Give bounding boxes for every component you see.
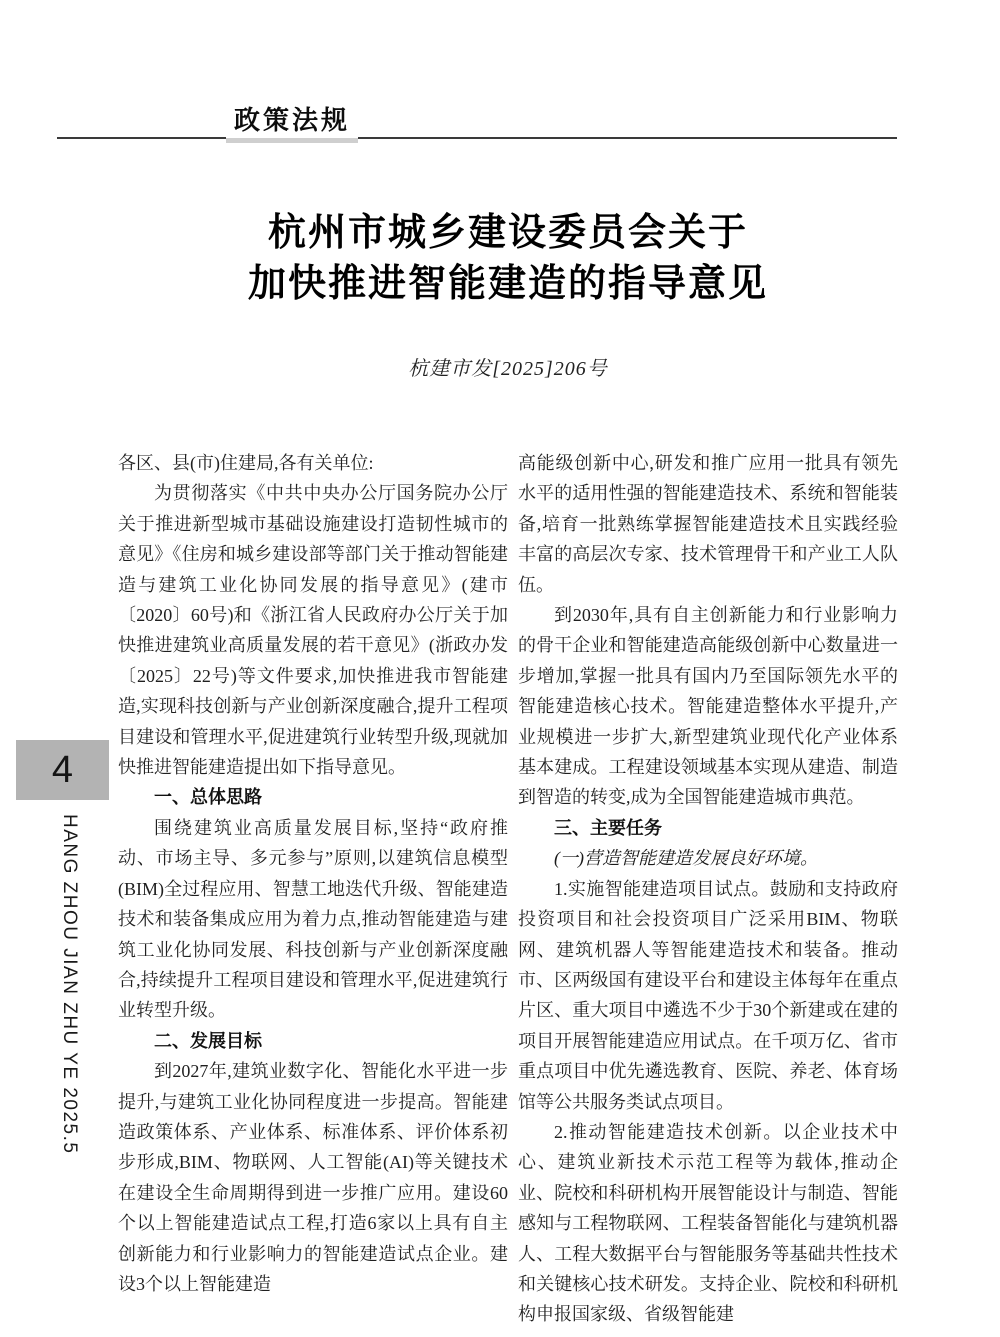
paragraph-overall-approach: 围绕建筑业高质量发展目标,坚持“政府推动、市场主导、多元参与”原则,以建筑信息模…	[118, 813, 508, 1026]
paragraph-2030-goals: 到2030年,具有自主创新能力和行业影响力的骨干企业和智能建造高能级创新中心数量…	[518, 600, 898, 813]
heading-main-tasks: 三、主要任务	[518, 813, 898, 843]
paragraph-2027-goals: 到2027年,建筑业数字化、智能化水平进一步提升,与建筑工业化协同程度进一步提高…	[118, 1056, 508, 1299]
magazine-page: 政策法规 杭州市城乡建设委员会关于 加快推进智能建造的指导意见 杭建市发[202…	[0, 0, 1000, 1337]
heading-development-goals: 二、发展目标	[118, 1026, 508, 1056]
paragraph-2027-continuation: 高能级创新中心,研发和推广应用一批具有领先水平的适用性强的智能建造技术、系统和智…	[518, 448, 898, 600]
section-label: 政策法规	[226, 105, 358, 143]
intro-paragraph: 为贯彻落实《中共中央办公厅国务院办公厅关于推进新型城市基础设施建设打造韧性城市的…	[118, 478, 508, 782]
article-title-line2: 加快推进智能建造的指导意见	[248, 263, 768, 305]
heading-overall-approach: 一、总体思路	[118, 782, 508, 812]
journal-spine-text: HANG ZHOU JIAN ZHU YE 2025.5	[58, 814, 80, 1154]
section-header-rule	[57, 137, 897, 139]
page-number: 4	[52, 751, 73, 789]
page-number-box: 4	[16, 740, 109, 800]
salutation-line: 各区、县(市)住建局,各有关单位:	[118, 448, 508, 478]
article-column-left: 各区、县(市)住建局,各有关单位: 为贯彻落实《中共中央办公厅国务院办公厅关于推…	[118, 448, 508, 1299]
doc-number: 杭建市发[2025]206号	[118, 352, 898, 381]
subheading-good-environment: (一)营造智能建造发展良好环境。	[518, 843, 898, 873]
paragraph-pilot-projects: 1.实施智能建造项目试点。鼓励和支持政府投资项目和社会投资项目广泛采用BIM、物…	[518, 874, 898, 1117]
paragraph-tech-innovation: 2.推动智能建造技术创新。以企业技术中心、建筑业新技术示范工程等为载体,推动企业…	[518, 1117, 898, 1330]
article-title: 杭州市城乡建设委员会关于 加快推进智能建造的指导意见	[118, 208, 898, 310]
article-column-right: 高能级创新中心,研发和推广应用一批具有领先水平的适用性强的智能建造技术、系统和智…	[518, 448, 898, 1330]
article-title-line1: 杭州市城乡建设委员会关于	[268, 212, 748, 254]
